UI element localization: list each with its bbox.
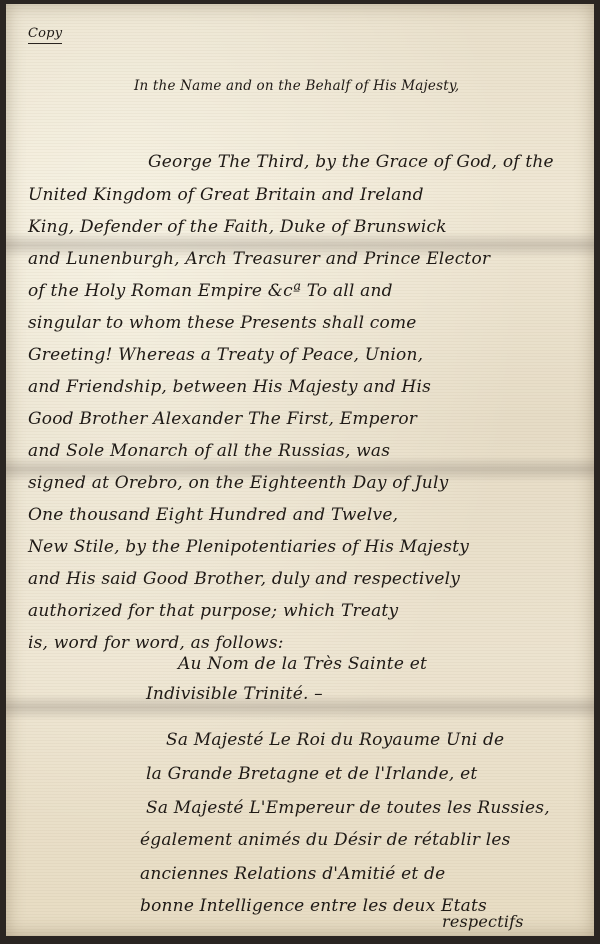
manuscript-page: Copy In the Name and on the Behalf of Hi…: [6, 4, 594, 936]
invocation-line: Au Nom de la Très Sainte et: [178, 654, 427, 674]
text-line: United Kingdom of Great Britain and Irel…: [28, 185, 424, 205]
text-line: and Sole Monarch of all the Russias, was: [28, 441, 390, 461]
text-line: anciennes Relations d'Amitié et de: [140, 864, 445, 884]
text-line: bonne Intelligence entre les deux Etats: [140, 896, 487, 916]
text-line: également animés du Désir de rétablir le…: [140, 830, 511, 850]
text-line: is, word for word, as follows:: [28, 633, 284, 653]
marginal-note: Copy: [28, 26, 62, 44]
document-heading: In the Name and on the Behalf of His Maj…: [134, 78, 459, 94]
text-line: New Stile, by the Plenipotentiaries of H…: [28, 537, 469, 557]
text-line: and His said Good Brother, duly and resp…: [28, 569, 460, 589]
text-line: Sa Majesté Le Roi du Royaume Uni de: [166, 730, 504, 750]
catchword: respectifs: [442, 912, 524, 931]
text-line: George The Third, by the Grace of God, o…: [148, 152, 554, 172]
text-line: Greeting! Whereas a Treaty of Peace, Uni…: [28, 345, 423, 365]
text-line: Sa Majesté L'Empereur de toutes les Russ…: [146, 798, 550, 818]
text-line: and Friendship, between His Majesty and …: [28, 377, 431, 397]
text-line: King, Defender of the Faith, Duke of Bru…: [28, 217, 447, 237]
text-line: and Lunenburgh, Arch Treasurer and Princ…: [28, 249, 490, 269]
text-line: One thousand Eight Hundred and Twelve,: [28, 505, 398, 525]
text-line: authorized for that purpose; which Treat…: [28, 601, 398, 621]
text-line: singular to whom these Presents shall co…: [28, 313, 417, 333]
text-line: la Grande Bretagne et de l'Irlande, et: [146, 764, 477, 784]
text-line: Good Brother Alexander The First, Empero…: [28, 409, 417, 429]
text-line: signed at Orebro, on the Eighteenth Day …: [28, 473, 448, 493]
text-line: of the Holy Roman Empire &cª To all and: [28, 281, 393, 301]
invocation-line: Indivisible Trinité. –: [146, 684, 323, 704]
